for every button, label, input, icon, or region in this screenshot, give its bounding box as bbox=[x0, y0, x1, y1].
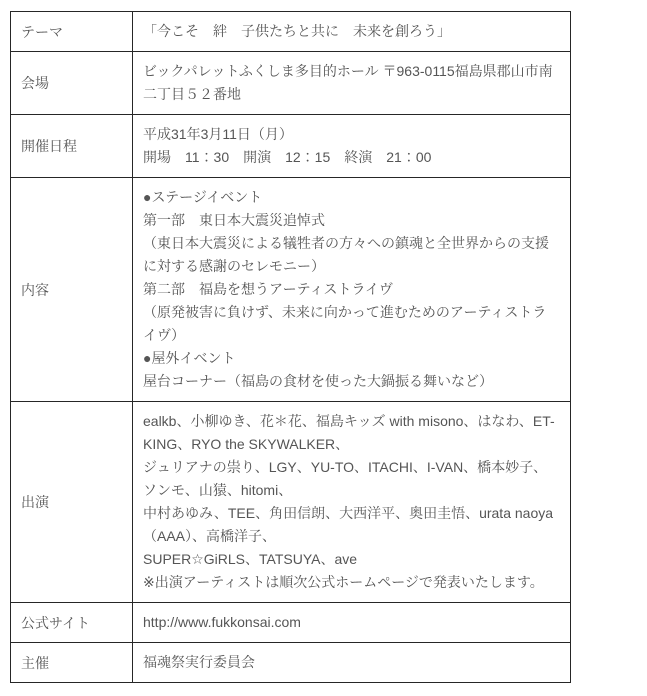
value-line: （AAA）、高橋洋子、 bbox=[143, 525, 560, 548]
row-value-official-site: http://www.fukkonsai.com bbox=[133, 603, 571, 643]
row-label-performers: 出演 bbox=[11, 402, 133, 603]
table-row-theme: テーマ「今こそ 絆 子供たちと共に 未来を創ろう」 bbox=[11, 12, 571, 52]
value-line: ealkb、小柳ゆき、花＊花、福島キッズ with misono、はなわ、ET- bbox=[143, 410, 560, 433]
table-row-schedule: 開催日程平成31年3月11日（月）開場 11：30 開演 12：15 終演 21… bbox=[11, 115, 571, 178]
row-value-performers: ealkb、小柳ゆき、花＊花、福島キッズ with misono、はなわ、ET-… bbox=[133, 402, 571, 603]
row-label-venue: 会場 bbox=[11, 52, 133, 115]
row-value-organizer: 福魂祭実行委員会 bbox=[133, 643, 571, 683]
value-line: KING、RYO the SKYWALKER、 bbox=[143, 433, 560, 456]
row-value-contents: ●ステージイベント第一部 東日本大震災追悼式（東日本大震災による犠牲者の方々への… bbox=[133, 178, 571, 402]
table-row-organizer: 主催福魂祭実行委員会 bbox=[11, 643, 571, 683]
value-line: 屋台コーナー（福島の食材を使った大鍋振る舞いなど） bbox=[143, 370, 560, 393]
table-row-contents: 内容●ステージイベント第一部 東日本大震災追悼式（東日本大震災による犠牲者の方々… bbox=[11, 178, 571, 402]
value-line: に対する感謝のセレモニー） bbox=[143, 255, 560, 278]
event-info-table: テーマ「今こそ 絆 子供たちと共に 未来を創ろう」会場ビックパレットふくしま多目… bbox=[10, 11, 571, 683]
value-line: ●ステージイベント bbox=[143, 186, 560, 209]
value-line: （東日本大震災による犠牲者の方々への鎮魂と全世界からの支援 bbox=[143, 232, 560, 255]
value-line: 二丁目５２番地 bbox=[143, 83, 560, 106]
value-line: SUPER☆GiRLS、TATSUYA、ave bbox=[143, 548, 560, 571]
row-value-venue: ビックパレットふくしま多目的ホール 〒963-0115福島県郡山市南二丁目５２番… bbox=[133, 52, 571, 115]
value-line: ソンモ、山猿、hitomi、 bbox=[143, 479, 560, 502]
row-label-official-site: 公式サイト bbox=[11, 603, 133, 643]
row-value-schedule: 平成31年3月11日（月）開場 11：30 開演 12：15 終演 21：00 bbox=[133, 115, 571, 178]
value-line: 第一部 東日本大震災追悼式 bbox=[143, 209, 560, 232]
table-row-performers: 出演ealkb、小柳ゆき、花＊花、福島キッズ with misono、はなわ、E… bbox=[11, 402, 571, 603]
row-value-theme: 「今こそ 絆 子供たちと共に 未来を創ろう」 bbox=[133, 12, 571, 52]
value-line: 平成31年3月11日（月） bbox=[143, 123, 560, 146]
row-label-organizer: 主催 bbox=[11, 643, 133, 683]
value-line: ●屋外イベント bbox=[143, 347, 560, 370]
row-label-contents: 内容 bbox=[11, 178, 133, 402]
value-line: イヴ） bbox=[143, 324, 560, 347]
value-line: 開場 11：30 開演 12：15 終演 21：00 bbox=[143, 146, 560, 169]
value-line: （原発被害に負けず、未来に向かって進むためのアーティストラ bbox=[143, 301, 560, 324]
row-label-theme: テーマ bbox=[11, 12, 133, 52]
value-line: ジュリアナの祟り、LGY、YU-TO、ITACHI、I-VAN、橋本妙子、 bbox=[143, 456, 560, 479]
event-info-table-body: テーマ「今こそ 絆 子供たちと共に 未来を創ろう」会場ビックパレットふくしま多目… bbox=[11, 12, 571, 683]
page: テーマ「今こそ 絆 子供たちと共に 未来を創ろう」会場ビックパレットふくしま多目… bbox=[0, 0, 647, 683]
table-row-venue: 会場ビックパレットふくしま多目的ホール 〒963-0115福島県郡山市南二丁目５… bbox=[11, 52, 571, 115]
value-line: 「今こそ 絆 子供たちと共に 未来を創ろう」 bbox=[143, 20, 560, 43]
value-line: ※出演アーティストは順次公式ホームページで発表いたします。 bbox=[143, 571, 560, 594]
value-line: 福魂祭実行委員会 bbox=[143, 651, 560, 674]
row-label-schedule: 開催日程 bbox=[11, 115, 133, 178]
official-site-url: http://www.fukkonsai.com bbox=[143, 611, 560, 634]
value-line: 第二部 福島を想うアーティストライヴ bbox=[143, 278, 560, 301]
table-row-official-site: 公式サイトhttp://www.fukkonsai.com bbox=[11, 603, 571, 643]
value-line: 中村あゆみ、TEE、角田信朗、大西洋平、奥田圭悟、urata naoya bbox=[143, 502, 560, 525]
value-line: ビックパレットふくしま多目的ホール 〒963-0115福島県郡山市南 bbox=[143, 60, 560, 83]
